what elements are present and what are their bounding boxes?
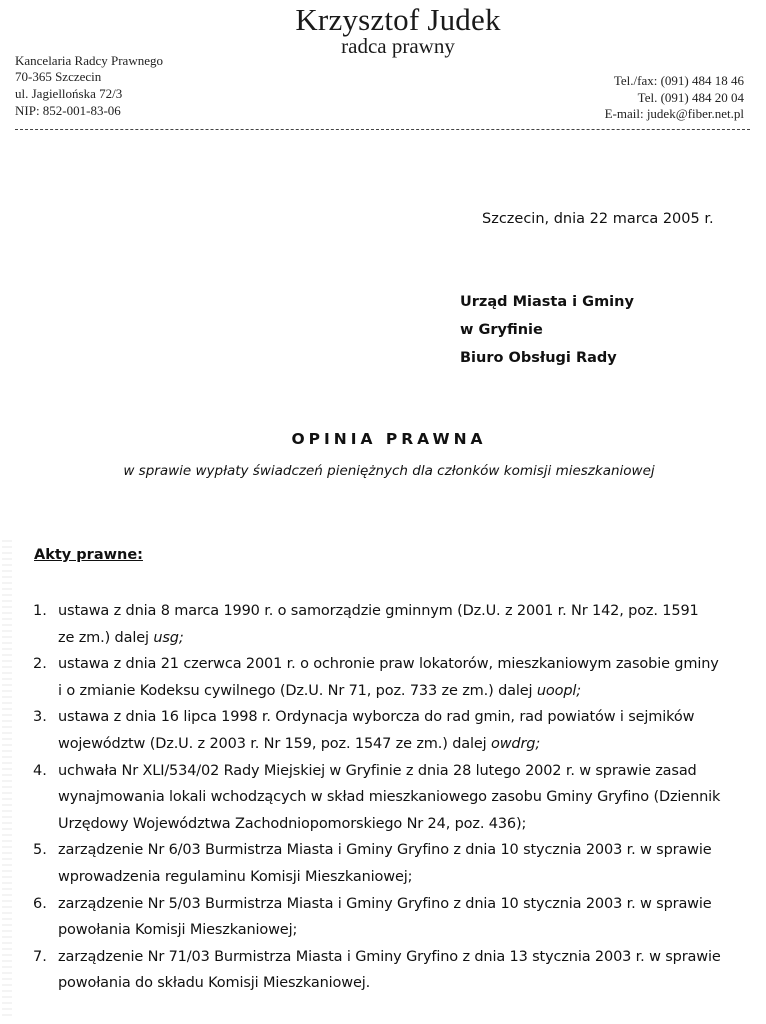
list-item-text: wynajmowania lokali wchodzących w skład … bbox=[58, 789, 720, 805]
list-item-text: ustawa z dnia 21 czerwca 2001 r. o ochro… bbox=[58, 656, 719, 672]
address-line: NIP: 852-001-83-06 bbox=[15, 103, 121, 118]
contact-phone: Tel. (091) 484 20 04 bbox=[638, 90, 744, 105]
list-item-number: 1. bbox=[33, 603, 47, 619]
list-item-text: województw (Dz.U. z 2003 r. Nr 159, poz.… bbox=[58, 736, 540, 752]
list-item-text: ustawa z dnia 8 marca 1990 r. o samorząd… bbox=[58, 603, 699, 619]
list-item-text: wprowadzenia regulaminu Komisji Mieszkan… bbox=[58, 869, 412, 885]
scan-artifact bbox=[2, 540, 12, 1020]
list-item-text: i o zmianie Kodeksu cywilnego (Dz.U. Nr … bbox=[58, 683, 581, 699]
list-item-number: 2. bbox=[33, 656, 47, 672]
date-line: Szczecin, dnia 22 marca 2005 r. bbox=[482, 211, 714, 227]
list-item-number: 6. bbox=[33, 896, 47, 912]
list-item-text: powołania do składu Komisji Mieszkaniowe… bbox=[58, 975, 370, 991]
recipient-line: Biuro Obsługi Rady bbox=[460, 350, 617, 366]
author-name: Krzysztof Judek bbox=[0, 2, 766, 38]
list-item-text: ustawa z dnia 16 lipca 1998 r. Ordynacja… bbox=[58, 709, 694, 725]
abbreviation: usg; bbox=[153, 630, 183, 646]
list-item-text: zarządzenie Nr 5/03 Burmistrza Miasta i … bbox=[58, 896, 712, 912]
document-subtitle: w sprawie wypłaty świadczeń pieniężnych … bbox=[0, 463, 766, 479]
section-heading: Akty prawne: bbox=[34, 547, 143, 563]
list-item-text: zarządzenie Nr 71/03 Burmistrza Miasta i… bbox=[58, 949, 721, 965]
abbreviation: owdrg; bbox=[491, 736, 540, 752]
contact-email: E-mail: judek@fiber.net.pl bbox=[605, 106, 744, 121]
list-item-text: uchwała Nr XLI/534/02 Rady Miejskiej w G… bbox=[58, 763, 697, 779]
address-line: ul. Jagiellońska 72/3 bbox=[15, 86, 122, 101]
recipient-line: Urząd Miasta i Gminy bbox=[460, 294, 634, 310]
address-line: 70-365 Szczecin bbox=[15, 69, 101, 84]
list-item-text: zarządzenie Nr 6/03 Burmistrza Miasta i … bbox=[58, 842, 712, 858]
list-item-text: Urzędowy Województwa Zachodniopomorskieg… bbox=[58, 816, 526, 832]
list-item-number: 4. bbox=[33, 763, 47, 779]
recipient-line: w Gryfinie bbox=[460, 322, 543, 338]
letterhead-divider bbox=[15, 129, 750, 130]
contact-phone-fax: Tel./fax: (091) 484 18 46 bbox=[614, 73, 744, 88]
list-item-number: 3. bbox=[33, 709, 47, 725]
document-title: OPINIA PRAWNA bbox=[0, 430, 766, 448]
address-line: Kancelaria Radcy Prawnego bbox=[15, 53, 163, 68]
abbreviation: uoopl; bbox=[537, 683, 581, 699]
list-item-text: powołania Komisji Mieszkaniowej; bbox=[58, 922, 297, 938]
list-item-number: 7. bbox=[33, 949, 47, 965]
list-item-text: ze zm.) dalej usg; bbox=[58, 630, 184, 646]
list-item-number: 5. bbox=[33, 842, 47, 858]
